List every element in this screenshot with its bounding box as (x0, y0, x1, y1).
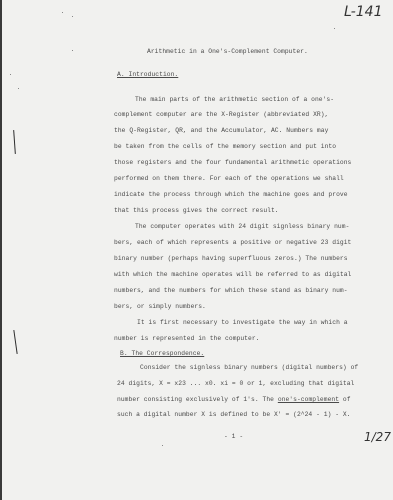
para1-line: complement computer are the X-Register (… (114, 111, 328, 119)
para4-line: 24 digits, X = x23 ... x0. xi = 0 or 1, … (117, 380, 354, 388)
para2-line: with which the machine operates will be … (114, 271, 351, 279)
margin-mark (13, 130, 16, 154)
para2-line: bers, or simply numbers. (114, 303, 206, 311)
para2-line: bers, each of which represents a positiv… (114, 239, 351, 247)
document-page: L-141 Arithmetic in a One's-Complement C… (0, 0, 393, 500)
paper-speck (18, 88, 19, 89)
para1-line: the Q-Register, QR, and the Accumulator,… (114, 127, 328, 135)
handwritten-doc-id: L-141 (344, 4, 383, 20)
paper-speck (62, 12, 63, 13)
para2-line: The computer operates with 24 digit sign… (135, 223, 349, 231)
para1-line: indicate the process through which the m… (114, 191, 348, 199)
para1-line: be taken from the cells of the memory se… (114, 143, 336, 151)
document-title: Arithmetic in a One's-Complement Compute… (147, 48, 308, 56)
margin-mark (13, 330, 17, 354)
paper-speck (72, 16, 73, 17)
paper-speck (10, 74, 11, 75)
para2-line: binary number (perhaps having superfluou… (114, 255, 348, 263)
paper-speck (72, 50, 73, 51)
section-a-heading: A. Introduction. (117, 71, 178, 79)
page-number: - 1 - (224, 433, 243, 441)
handwritten-note: 1/27 (364, 430, 391, 444)
term-ones-complement: one's-complement (278, 396, 339, 403)
para4-line: number consisting exclusively of 1's. Th… (117, 396, 351, 404)
para1-line: those registers and the four fundamental… (114, 159, 351, 167)
para2-line: numbers, and the numbers for which these… (114, 287, 348, 295)
para4-line: Consider the signless binary numbers (di… (140, 364, 358, 372)
para1-line: The main parts of the arithmetic section… (135, 96, 334, 104)
para4-line: such a digital number X is defined to be… (117, 411, 351, 419)
para3-line: It is first necessary to investigate the… (137, 319, 348, 327)
para1-line: that this process gives the correct resu… (114, 207, 279, 215)
section-b-heading: B. The Correspondence. (120, 350, 204, 358)
para1-line: performed on them there. For each of the… (114, 175, 344, 183)
paper-speck (162, 445, 163, 446)
para3-line: number is represented in the computer. (114, 335, 260, 343)
paper-speck (334, 28, 335, 29)
